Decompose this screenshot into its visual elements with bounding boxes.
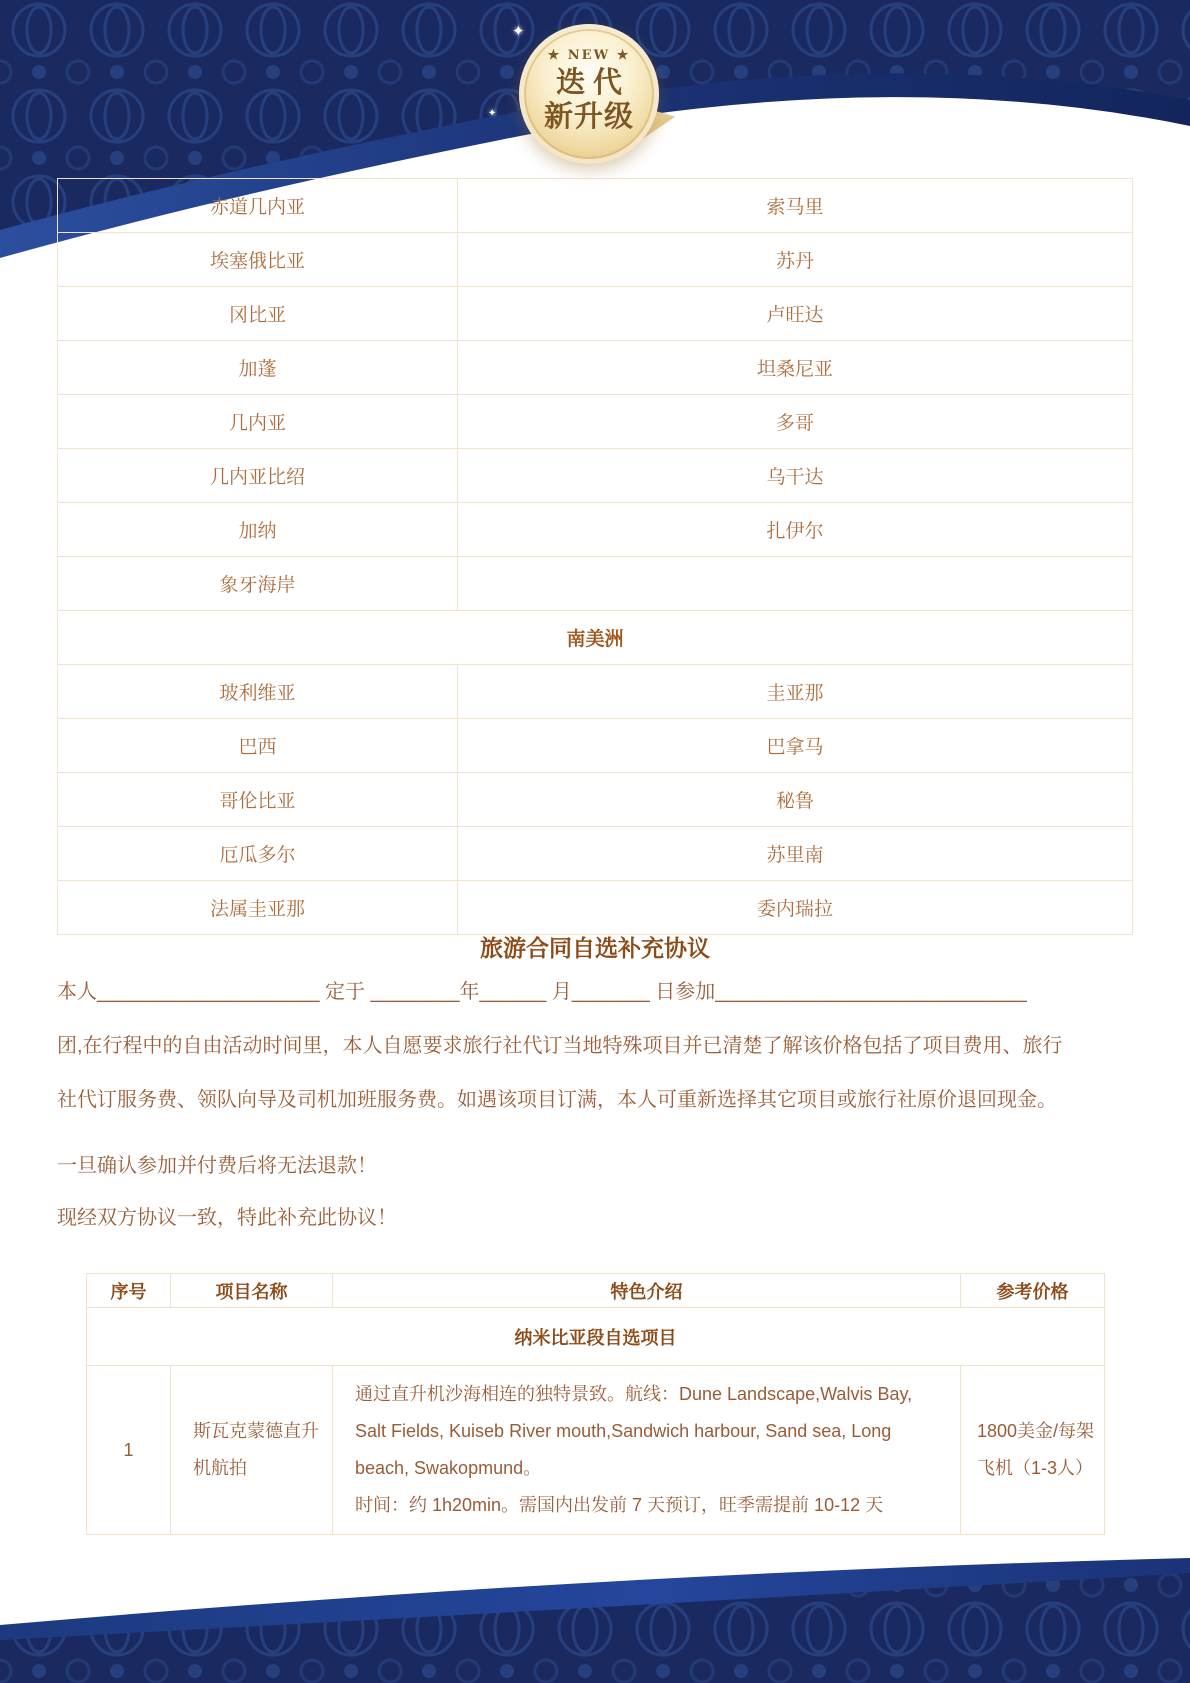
country-cell: 巴西 xyxy=(58,719,458,773)
country-cell xyxy=(457,557,1132,611)
section-header-row: 南美洲 xyxy=(58,611,1133,665)
badge-title-line1: 迭代 xyxy=(519,65,659,99)
sparkle-icon: ✦ xyxy=(512,22,525,40)
section-header-row: 纳米比亚段自选项目 xyxy=(87,1308,1105,1366)
col-header-name: 项目名称 xyxy=(171,1274,333,1308)
badge-title-line2: 新升级 xyxy=(519,99,659,133)
country-cell: 索马里 xyxy=(457,179,1132,233)
sparkle-icon: ✦ xyxy=(488,108,496,119)
optional-projects-table: 序号 项目名称 特色介绍 参考价格 纳米比亚段自选项目 1 斯瓦克蒙德直升机航拍… xyxy=(86,1273,1105,1535)
country-cell: 玻利维亚 xyxy=(58,665,458,719)
table-row: 法属圭亚那委内瑞拉 xyxy=(58,881,1133,935)
country-cell: 几内亚 xyxy=(58,395,458,449)
table-row: 哥伦比亚秘鲁 xyxy=(58,773,1133,827)
country-cell: 赤道几内亚 xyxy=(58,179,458,233)
table-row: 几内亚多哥 xyxy=(58,395,1133,449)
table-row: 象牙海岸 xyxy=(58,557,1133,611)
table-row: 玻利维亚圭亚那 xyxy=(58,665,1133,719)
country-cell: 卢旺达 xyxy=(457,287,1132,341)
new-upgrade-badge: ★ NEW ★ 迭代 新升级 xyxy=(519,24,659,164)
country-cell: 多哥 xyxy=(457,395,1132,449)
agreement-no-refund-line: 一旦确认参加并付费后将无法退款！ xyxy=(57,1152,1133,1180)
namibia-section-header: 纳米比亚段自选项目 xyxy=(87,1308,1105,1366)
project-row: 1 斯瓦克蒙德直升机航拍 通过直升机沙海相连的独特景致。航线：Dune Land… xyxy=(87,1366,1105,1535)
country-cell: 苏里南 xyxy=(457,827,1132,881)
agreement-body-line: 社代订服务费、领队向导及司机加班服务费。如遇该项目订满，本人可重新选择其它项目或… xyxy=(57,1086,1133,1114)
projects-header-row: 序号 项目名称 特色介绍 参考价格 xyxy=(87,1274,1105,1308)
project-name: 斯瓦克蒙德直升机航拍 xyxy=(171,1366,333,1535)
agreement-body-line: 团,在行程中的自由活动时间里，本人自愿要求旅行社代订当地特殊项目并已清楚了解该价… xyxy=(57,1032,1133,1060)
country-cell: 巴拿马 xyxy=(457,719,1132,773)
country-cell: 加蓬 xyxy=(58,341,458,395)
country-cell: 苏丹 xyxy=(457,233,1132,287)
agreement-closing-line: 现经双方协议一致，特此补充此协议！ xyxy=(57,1204,1133,1232)
col-header-no: 序号 xyxy=(87,1274,171,1308)
country-cell: 委内瑞拉 xyxy=(457,881,1132,935)
table-row: 巴西巴拿马 xyxy=(58,719,1133,773)
country-cell: 象牙海岸 xyxy=(58,557,458,611)
country-cell: 扎伊尔 xyxy=(457,503,1132,557)
project-number: 1 xyxy=(87,1366,171,1535)
badge-new-label: ★ NEW ★ xyxy=(519,48,659,63)
table-row: 冈比亚卢旺达 xyxy=(58,287,1133,341)
agreement-title: 旅游合同自选补充协议 xyxy=(57,932,1133,964)
footer-ornament-banner xyxy=(0,1513,1190,1683)
country-cell: 圭亚那 xyxy=(457,665,1132,719)
country-cell: 秘鲁 xyxy=(457,773,1132,827)
country-cell: 冈比亚 xyxy=(58,287,458,341)
agreement-section: 旅游合同自选补充协议 本人____________________ 定于 ___… xyxy=(57,932,1133,1232)
country-cell: 坦桑尼亚 xyxy=(457,341,1132,395)
table-row: 厄瓜多尔苏里南 xyxy=(58,827,1133,881)
table-row: 埃塞俄比亚苏丹 xyxy=(58,233,1133,287)
table-row: 几内亚比绍乌干达 xyxy=(58,449,1133,503)
project-price: 1800美金/每架飞机（1-3人） xyxy=(961,1366,1105,1535)
country-cell: 法属圭亚那 xyxy=(58,881,458,935)
badge-face: ★ NEW ★ 迭代 新升级 xyxy=(519,24,659,164)
project-description: 通过直升机沙海相连的独特景致。航线：Dune Landscape,Walvis … xyxy=(333,1366,961,1535)
country-cell: 哥伦比亚 xyxy=(58,773,458,827)
country-cell: 加纳 xyxy=(58,503,458,557)
agreement-fill-in-line: 本人____________________ 定于 ________年_____… xyxy=(57,978,1133,1006)
country-cell: 乌干达 xyxy=(457,449,1132,503)
project-description-route: 通过直升机沙海相连的独特景致。航线：Dune Landscape,Walvis … xyxy=(355,1376,940,1487)
country-cell: 几内亚比绍 xyxy=(58,449,458,503)
project-description-time: 时间：约 1h20min。需国内出发前 7 天预订，旺季需提前 10-12 天 xyxy=(355,1487,940,1524)
col-header-desc: 特色介绍 xyxy=(333,1274,961,1308)
country-cell: 厄瓜多尔 xyxy=(58,827,458,881)
col-header-price: 参考价格 xyxy=(961,1274,1105,1308)
table-row: 赤道几内亚索马里 xyxy=(58,179,1133,233)
south-america-section-header: 南美洲 xyxy=(58,611,1133,665)
country-cell: 埃塞俄比亚 xyxy=(58,233,458,287)
country-table: 赤道几内亚索马里 埃塞俄比亚苏丹 冈比亚卢旺达 加蓬坦桑尼亚 几内亚多哥 几内亚… xyxy=(57,178,1133,935)
table-row: 加纳扎伊尔 xyxy=(58,503,1133,557)
table-row: 加蓬坦桑尼亚 xyxy=(58,341,1133,395)
